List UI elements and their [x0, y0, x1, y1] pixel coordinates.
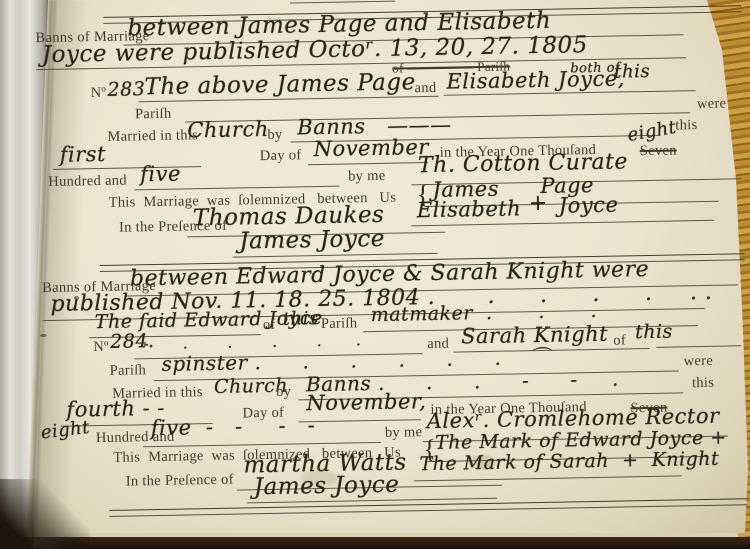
day-of-label-1: Day of	[260, 148, 302, 163]
by-me-label-1: by me	[348, 169, 386, 184]
by-label-1: by	[267, 128, 282, 143]
parish-label-2b: Pariſh	[110, 363, 147, 378]
of-label-2b: of	[613, 333, 626, 348]
ruled-line	[134, 186, 339, 191]
year-word-1: five	[140, 164, 181, 186]
hundred-label-1: Hundred and	[48, 174, 127, 190]
parish-label-1: Pariſh	[135, 107, 172, 122]
eight-correction-2: eight	[40, 419, 91, 443]
this-hand-2a: this	[283, 310, 319, 329]
method-entry-1: Banns ———	[297, 115, 452, 139]
church-entry-1: Church	[187, 119, 269, 141]
officiant-signature-1: Th. Cotton Curate	[418, 151, 628, 177]
record-number-1: 283	[107, 80, 145, 100]
seven-struck-1: Seven	[640, 143, 677, 158]
witness2-signature-1: James Joyce	[239, 228, 385, 254]
month-entry-2: November,	[306, 391, 426, 414]
record-no-label-2: Nº	[93, 340, 109, 355]
this-label-2: this	[692, 376, 714, 391]
ruled-line	[290, 1, 395, 4]
register-photo: Banns of Marriage between James Page and…	[0, 0, 750, 549]
ruled-line	[656, 345, 741, 348]
eight-correction-1: eight	[626, 119, 678, 145]
both-of-note: both of	[570, 61, 620, 75]
groom-name-1: The above James Page	[144, 71, 416, 99]
of-label-2a: of	[263, 318, 276, 333]
this-label-1: this	[675, 118, 697, 133]
bride-mark-signature-2: The Mark of Sarah + Knight	[419, 450, 719, 474]
double-rule-bottom	[109, 498, 747, 516]
bride-signature-1a: Elisabeth	[417, 198, 522, 221]
record-no-label-1: Nº	[90, 86, 106, 101]
this-hand-2b: this	[635, 323, 673, 343]
by-me-label-2: by me	[385, 425, 423, 440]
ruled-line	[414, 475, 682, 481]
day-entry-1: first	[60, 144, 107, 166]
and-label-1: and	[414, 81, 436, 96]
register-content: Banns of Marriage between James Page and…	[0, 0, 750, 549]
witness2-signature-2: James Joyce	[254, 474, 400, 500]
were-label-2: were	[684, 354, 714, 369]
bride-signature-1b: Joyce	[559, 195, 619, 217]
ruled-line	[308, 162, 428, 166]
married-label-1: Married in this	[107, 128, 198, 144]
parish-label-2a: Pariſh	[321, 316, 358, 331]
bride-name-2: Sarah Knight	[461, 324, 608, 348]
ruled-line	[299, 419, 421, 423]
were-label-1: were	[697, 97, 727, 112]
presence-label-2: In the Preſence of	[126, 473, 234, 489]
year-word-2: five - - - -	[151, 415, 316, 439]
month-entry-1: November	[313, 137, 429, 160]
by-label-2: by	[276, 385, 291, 400]
bride-mark-1: +	[529, 193, 548, 215]
this-hand-1: this	[614, 63, 650, 82]
